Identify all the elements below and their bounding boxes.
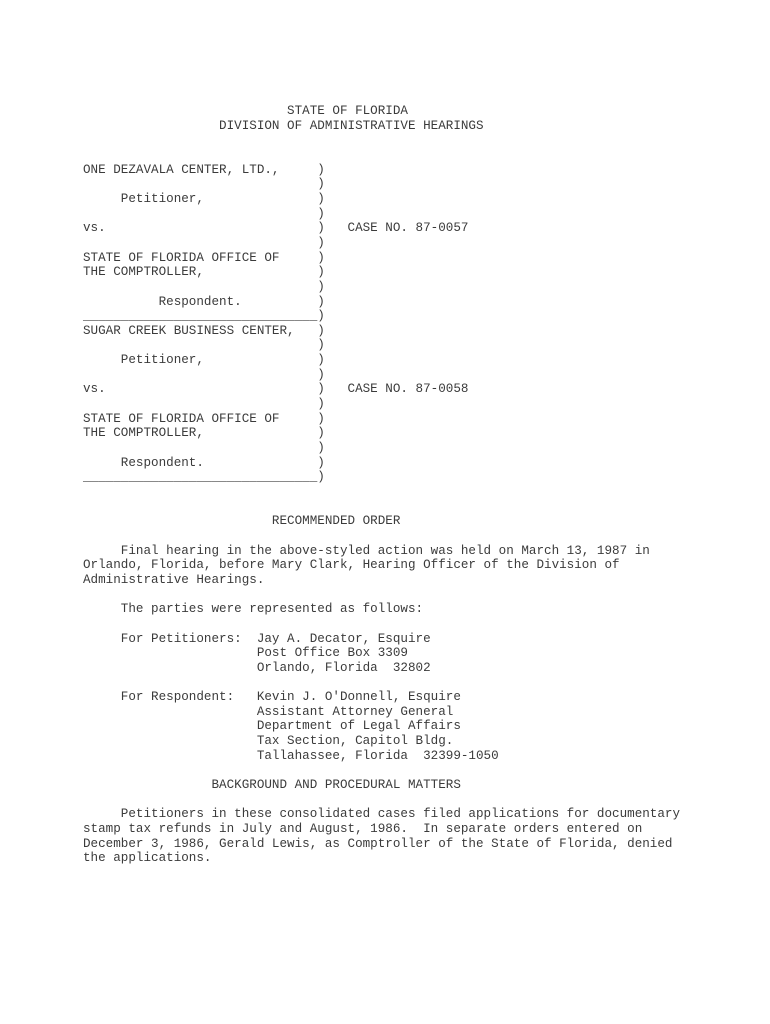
background-section-title: BACKGROUND AND PROCEDURAL MATTERS	[83, 778, 750, 793]
document-page: STATE OF FLORIDA DIVISION OF ADMINISTRAT…	[0, 0, 770, 1024]
petitioners-counsel-block: For Petitioners: Jay A. Decator, Esquire…	[83, 632, 750, 676]
opening-paragraph: Final hearing in the above-styled action…	[83, 544, 750, 588]
court-header: STATE OF FLORIDA DIVISION OF ADMINISTRAT…	[83, 104, 750, 133]
document-viewport: STATE OF FLORIDA DIVISION OF ADMINISTRAT…	[0, 0, 770, 1024]
recommended-order-title: RECOMMENDED ORDER	[83, 514, 750, 529]
case-caption: ONE DEZAVALA CENTER, LTD., ) ) Petitione…	[83, 163, 750, 485]
background-paragraph: Petitioners in these consolidated cases …	[83, 807, 750, 866]
respondent-counsel-block: For Respondent: Kevin J. O'Donnell, Esqu…	[83, 690, 750, 763]
parties-intro: The parties were represented as follows:	[83, 602, 750, 617]
